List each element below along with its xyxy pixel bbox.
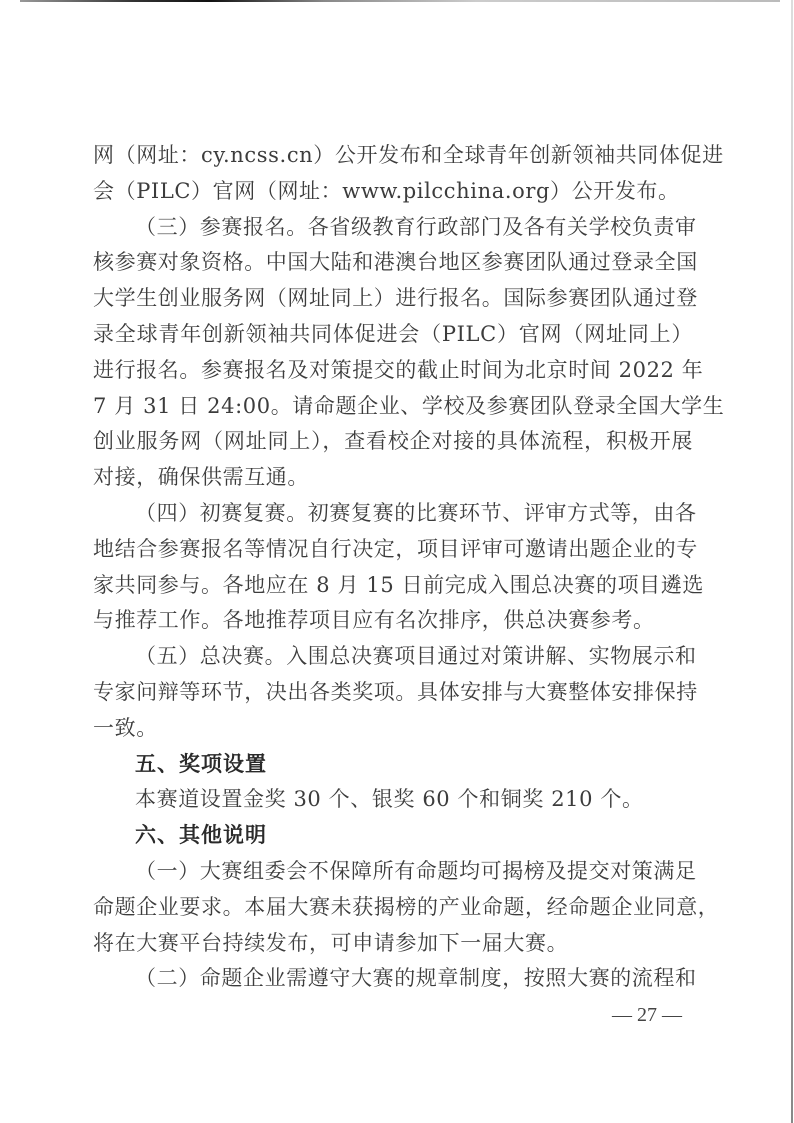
paragraph-line: 将在大赛平台持续发布，可申请参加下一届大赛。 — [93, 926, 693, 962]
paragraph-line: 核参赛对象资格。中国大陆和港澳台地区参赛团队通过登录全国 — [93, 245, 693, 281]
section-3-registration: （三）参赛报名。各省级教育行政部门及各有关学校负责审 — [93, 210, 693, 246]
section-5-finals: （五）总决赛。入围总决赛项目通过对策讲解、实物展示和 — [93, 639, 693, 675]
paragraph-line: 7 月 31 日 24:00。请命题企业、学校及参赛团队登录全国大学生 — [93, 389, 693, 425]
paragraph-line: 对接，确保供需互通。 — [93, 460, 693, 496]
paragraph-line: 创业服务网（网址同上），查看校企对接的具体流程，积极开展 — [93, 424, 693, 460]
paragraph-line: 与推荐工作。各地推荐项目应有名次排序，供总决赛参考。 — [93, 603, 693, 639]
paragraph-line: 进行报名。参赛报名及对策提交的截止时间为北京时间 2022 年 — [93, 353, 693, 389]
note-1: （一）大赛组委会不保障所有命题均可揭榜及提交对策满足 — [93, 854, 693, 890]
heading-other-notes: 六、其他说明 — [93, 818, 693, 854]
paragraph-line: 家共同参与。各地应在 8 月 15 日前完成入围总决赛的项目遴选 — [93, 568, 693, 604]
paragraph-line: 一致。 — [93, 711, 693, 747]
paragraph-line: 本赛道设置金奖 30 个、银奖 60 个和铜奖 210 个。 — [93, 782, 693, 818]
paragraph-line: 网（网址：cy.ncss.cn）公开发布和全球青年创新领袖共同体促进 — [93, 138, 693, 174]
paragraph-line: 录全球青年创新领袖共同体促进会（PILC）官网（网址同上） — [93, 317, 693, 353]
scan-edge-right — [791, 0, 793, 1123]
paragraph-line: 专家问辩等环节，决出各类奖项。具体安排与大赛整体安排保持 — [93, 675, 693, 711]
page-number: — 27 — — [612, 1004, 682, 1027]
document-page: 网（网址：cy.ncss.cn）公开发布和全球青年创新领袖共同体促进 会（PIL… — [93, 138, 693, 997]
section-4-preliminary: （四）初赛复赛。初赛复赛的比赛环节、评审方式等，由各 — [93, 496, 693, 532]
scan-edge-top — [20, 0, 780, 2]
heading-awards: 五、奖项设置 — [93, 747, 693, 783]
paragraph-line: 大学生创业服务网（网址同上）进行报名。国际参赛团队通过登 — [93, 281, 693, 317]
note-2: （二）命题企业需遵守大赛的规章制度，按照大赛的流程和 — [93, 961, 693, 997]
paragraph-line: 地结合参赛报名等情况自行决定，项目评审可邀请出题企业的专 — [93, 532, 693, 568]
paragraph-line: 命题企业要求。本届大赛未获揭榜的产业命题，经命题企业同意， — [93, 890, 693, 926]
paragraph-line: 会（PILC）官网（网址：www.pilcchina.org）公开发布。 — [93, 174, 693, 210]
